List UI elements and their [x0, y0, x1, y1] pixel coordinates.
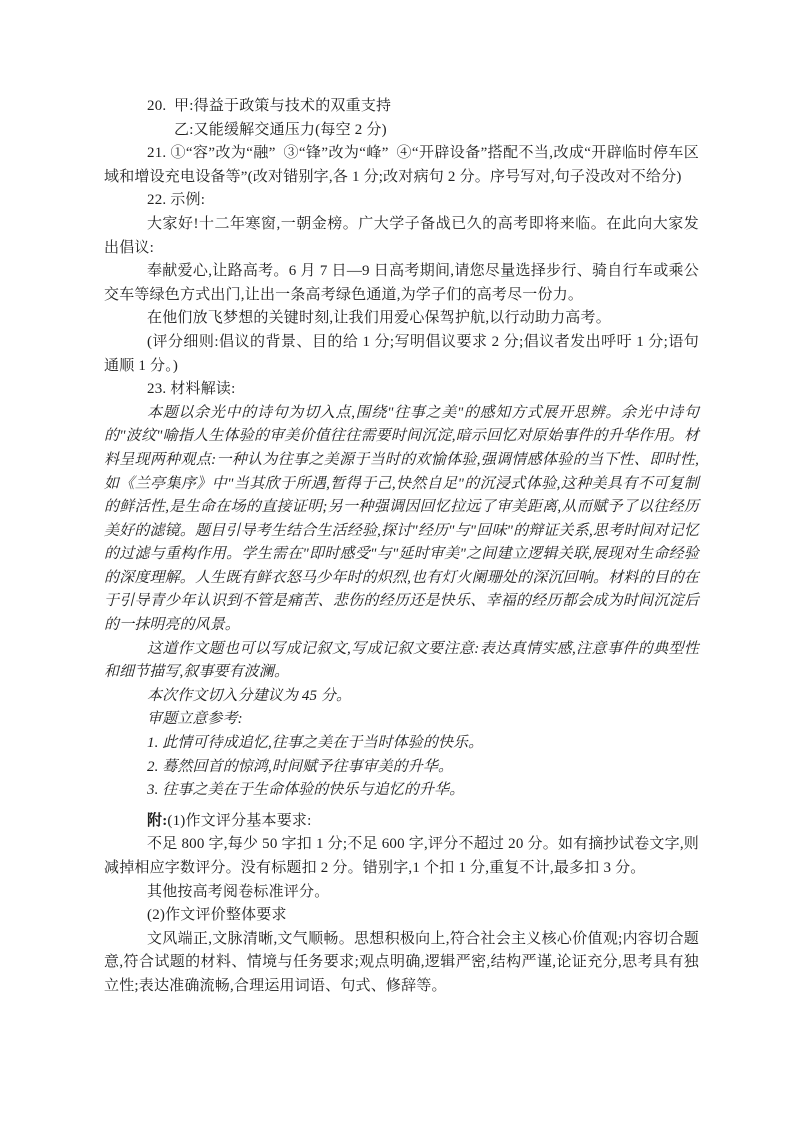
q23-heading: 23. 材料解读: [104, 378, 699, 402]
q20-answer-yi: 乙:又能缓解交通压力(每空 2 分) [104, 119, 699, 143]
appendix-part1-title: (1)作文评分基本要求: [167, 813, 311, 829]
appendix-label: 附: [147, 813, 167, 829]
q20-answer-jia: 20. 甲:得益于政策与技术的双重支持 [104, 95, 699, 119]
appendix-part2-heading: (2)作文评价整体要求 [104, 904, 699, 928]
appendix-part1-standard: 其他按高考阅卷标准评分。 [104, 881, 699, 905]
q23-idea-2: 2. 蓦然回首的惊鸿,时间赋予往事审美的升华。 [104, 756, 699, 780]
q23-idea-1: 1. 此情可待成追忆,往事之美在于当时体验的快乐。 [104, 732, 699, 756]
q22-heading: 22. 示例: [104, 189, 699, 213]
q22-proposal-intro: 大家好!十二年寒窗,一朝金榜。广大学子备战已久的高考即将来临。在此向大家发出倡议… [104, 213, 699, 260]
q22-scoring-rubric: (评分细则:倡议的背景、目的给 1 分;写明倡议要求 2 分;倡议者发出呼吁 1… [104, 331, 699, 378]
q22-proposal-body: 奉献爱心,让路高考。6 月 7 日—9 日高考期间,请您尽量选择步行、骑自行车或… [104, 260, 699, 307]
q23-ideas-heading: 审题立意参考: [104, 708, 699, 732]
q23-idea-3: 3. 往事之美在于生命体验的快乐与追忆的升华。 [104, 779, 699, 803]
q21-answer: 21. ①“容”改为“融” ③“锋”改为“峰” ④“开辟设备”搭配不当,改成“开… [104, 142, 699, 189]
q23-narrative-note: 这道作文题也可以写成记叙文,写成记叙文要注意:表达真情实感,注意事件的典型性和细… [104, 638, 699, 685]
q22-proposal-close: 在他们放飞梦想的关键时刻,让我们用爱心保驾护航,以行动助力高考。 [104, 307, 699, 331]
appendix-part1-rules: 不足 800 字,每少 50 字扣 1 分;不足 600 字,评分不超过 20 … [104, 833, 699, 880]
q23-score-suggestion: 本次作文切入分建议为 45 分。 [104, 685, 699, 709]
appendix-part2-overall: 文风端正,文脉清晰,文气顺畅。思想积极向上,符合社会主义核心价值观;内容切合题意… [104, 928, 699, 999]
appendix-part1-heading: 附:(1)作文评分基本要求: [104, 810, 699, 834]
answer-key-page: 20. 甲:得益于政策与技术的双重支持 乙:又能缓解交通压力(每空 2 分) 2… [0, 0, 800, 1131]
q23-material-analysis: 本题以余光中的诗句为切入点,围绕"往事之美"的感知方式展开思辨。余光中诗句的"波… [104, 402, 699, 638]
